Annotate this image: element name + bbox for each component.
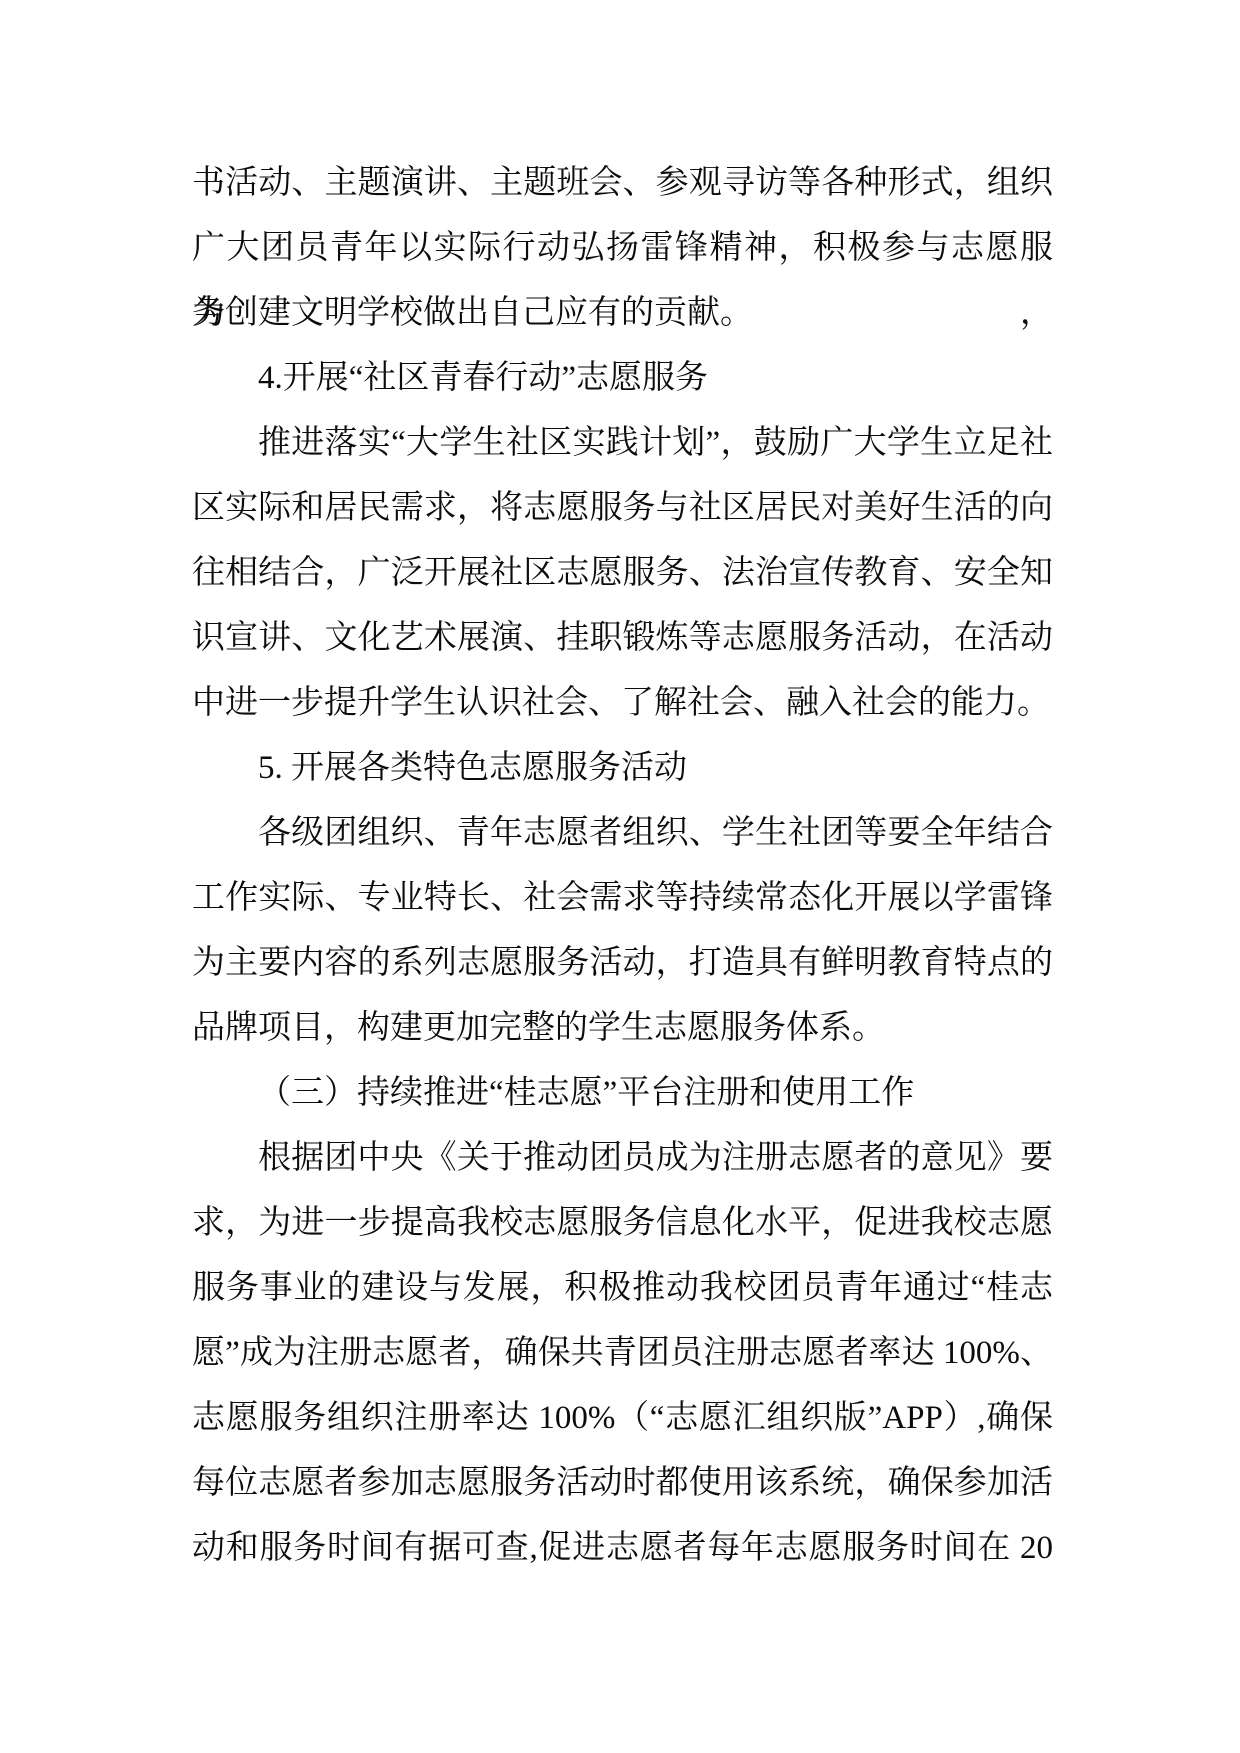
- text-line: 4.开展“社区青春行动”志愿服务: [192, 346, 1053, 411]
- text-line: 5. 开展各类特色志愿服务活动: [192, 736, 1053, 801]
- text-line: 求，为进一步提高我校志愿服务信息化水平，促进我校志愿: [192, 1191, 1053, 1256]
- text-line: 根据团中央《关于推动团员成为注册志愿者的意见》要: [192, 1126, 1053, 1191]
- document-page: 书活动、主题演讲、主题班会、参观寻访等各种形式，组织广大团员青年以实际行动弘扬雷…: [0, 0, 1240, 1753]
- text-line: （三）持续推进“桂志愿”平台注册和使用工作: [192, 1061, 1053, 1126]
- text-line: 愿”成为注册志愿者，确保共青团员注册志愿者率达 100%、: [192, 1321, 1053, 1386]
- text-line: 为主要内容的系列志愿服务活动，打造具有鲜明教育特点的: [192, 931, 1053, 996]
- text-line: 区实际和居民需求，将志愿服务与社区居民对美好生活的向: [192, 476, 1053, 541]
- text-line: 中进一步提升学生认识社会、了解社会、融入社会的能力。: [192, 671, 1053, 736]
- text-line: 推进落实“大学生社区实践计划”，鼓励广大学生立足社: [192, 411, 1053, 476]
- document-body: 书活动、主题演讲、主题班会、参观寻访等各种形式，组织广大团员青年以实际行动弘扬雷…: [192, 151, 1053, 1581]
- text-line: 每位志愿者参加志愿服务活动时都使用该系统，确保参加活: [192, 1451, 1053, 1516]
- text-line: 识宣讲、文化艺术展演、挂职锻炼等志愿服务活动，在活动: [192, 606, 1053, 671]
- text-line: 各级团组织、青年志愿者组织、学生社团等要全年结合: [192, 801, 1053, 866]
- text-line: 动和服务时间有据可查,促进志愿者每年志愿服务时间在 20: [192, 1516, 1053, 1581]
- text-line: 志愿服务组织注册率达 100%（“志愿汇组织版”APP）,确保: [192, 1386, 1053, 1451]
- text-line: 书活动、主题演讲、主题班会、参观寻访等各种形式，组织: [192, 151, 1053, 216]
- text-line: 广大团员青年以实际行动弘扬雷锋精神，积极参与志愿服务，: [192, 216, 1053, 281]
- text-line: 品牌项目，构建更加完整的学生志愿服务体系。: [192, 996, 1053, 1061]
- text-line: 服务事业的建设与发展，积极推动我校团员青年通过“桂志: [192, 1256, 1053, 1321]
- text-line: 工作实际、专业特长、社会需求等持续常态化开展以学雷锋: [192, 866, 1053, 931]
- text-line: 往相结合，广泛开展社区志愿服务、法治宣传教育、安全知: [192, 541, 1053, 606]
